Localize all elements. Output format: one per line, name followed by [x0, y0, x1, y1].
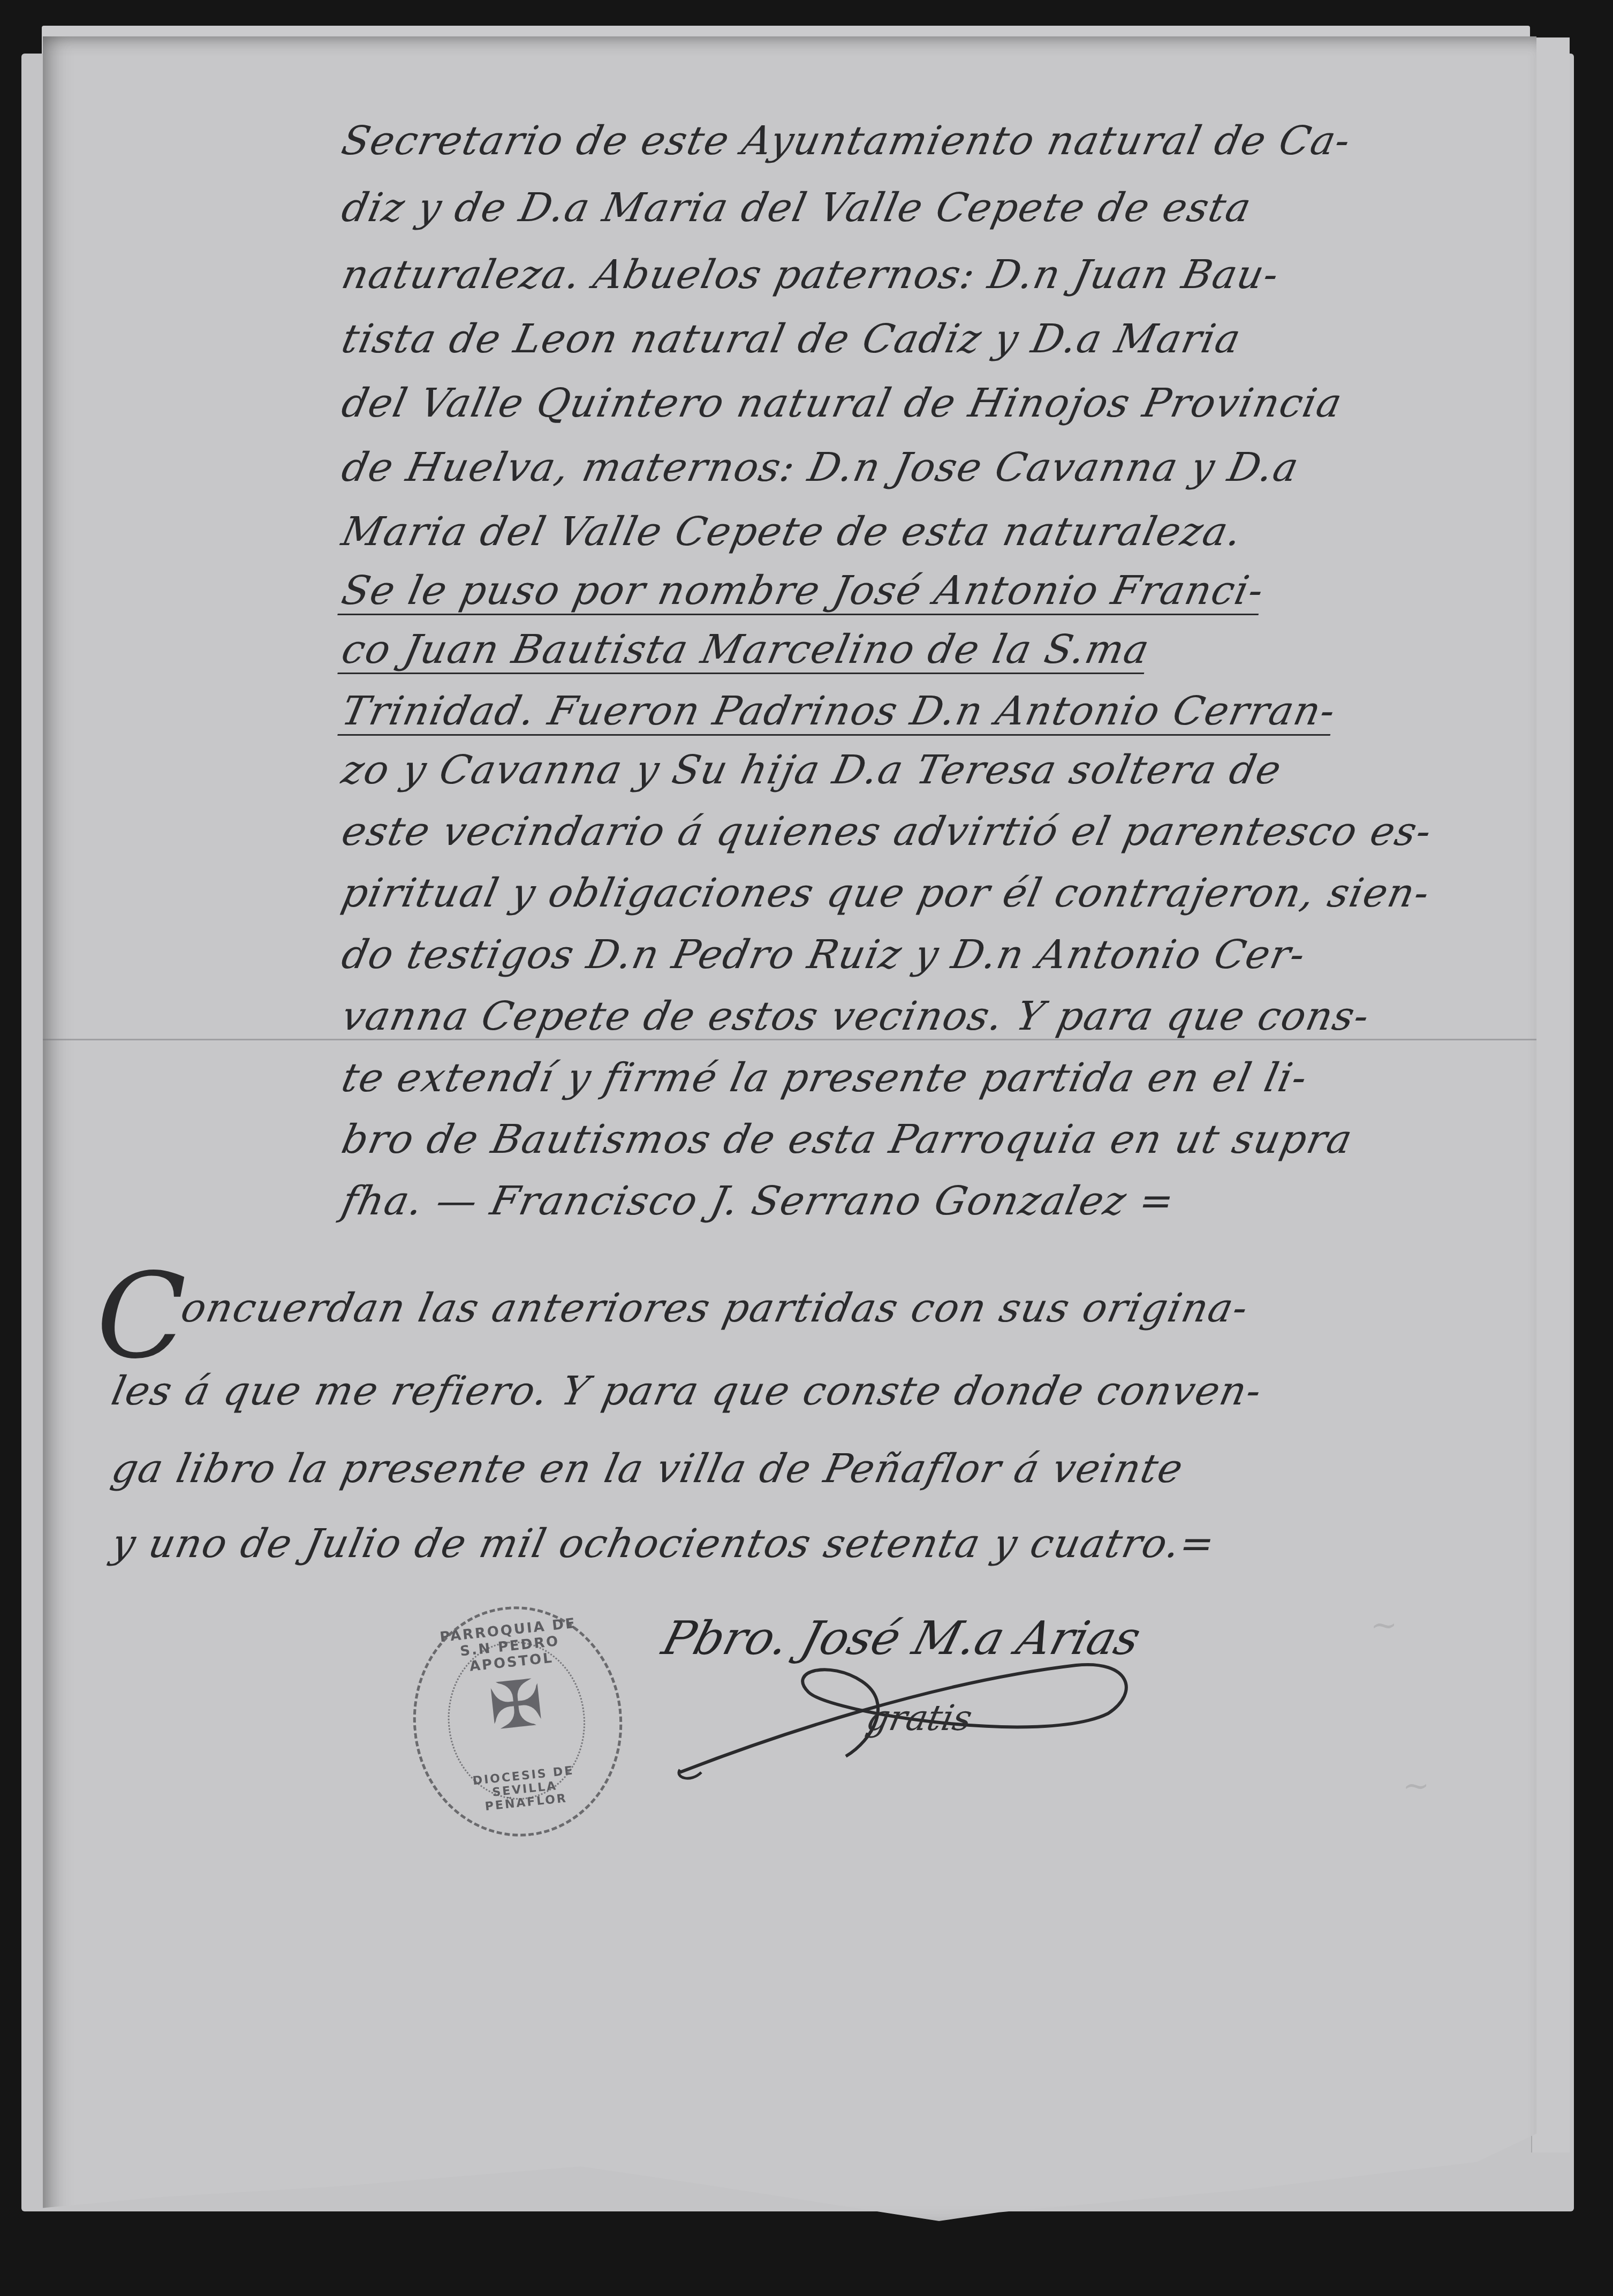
certification-line: ga libro la presente en la villa de Peña… — [108, 1446, 1188, 1492]
record-line: Secretario de este Ayuntamiento natural … — [338, 118, 1355, 164]
record-line: te extendí y firmé la presente partida e… — [338, 1055, 1312, 1101]
record-line: piritual y obligaciones que por él contr… — [338, 870, 1434, 916]
record-line: diz y de D.a Maria del Valle Cepete de e… — [338, 185, 1256, 231]
certification-line: les á que me refiero. Y para que conste … — [108, 1368, 1266, 1414]
record-line: bro de Bautismos de esta Parroquia en ut… — [338, 1116, 1357, 1162]
record-line: tista de Leon natural de Cadiz y D.a Mar… — [338, 316, 1245, 362]
certification-line: oncuerdan las anteriores partidas con su… — [177, 1285, 1253, 1331]
record-line-name: Trinidad. Fueron Padrinos D.n Antonio Ce… — [338, 688, 1341, 734]
certification-initial: C — [96, 1248, 186, 1385]
record-line: do testigos D.n Pedro Ruiz y D.n Antonio… — [338, 932, 1310, 978]
record-line: de Huelva, maternos: D.n Jose Cavanna y … — [338, 444, 1304, 490]
record-line-name: Se le puso por nombre José Antonio Franc… — [338, 568, 1269, 614]
gratis-note: gratis — [863, 1697, 976, 1739]
record-line-name: co Juan Bautista Marcelino de la S.ma — [338, 626, 1154, 673]
record-line: este vecindario á quienes advirtió el pa… — [338, 809, 1436, 855]
record-line: del Valle Quintero natural de Hinojos Pr… — [338, 380, 1347, 426]
papal-tiara-crossed-keys-icon: ✠ — [486, 1665, 547, 1745]
certification-line: y uno de Julio de mil ochocientos setent… — [108, 1521, 1220, 1567]
record-line-priest-signoff: fha. — Francisco J. Serrano Gonzalez = — [338, 1178, 1179, 1224]
record-line: zo y Cavanna y Su hija D.a Teresa solter… — [338, 747, 1286, 793]
record-line: vanna Cepete de estos vecinos. Y para qu… — [338, 993, 1374, 1039]
record-line: Maria del Valle Cepete de esta naturalez… — [338, 509, 1247, 555]
record-line: naturaleza. Abuelos paternos: D.n Juan B… — [338, 252, 1284, 298]
record-body: Secretario de este Ayuntamiento natural … — [0, 0, 1613, 2296]
